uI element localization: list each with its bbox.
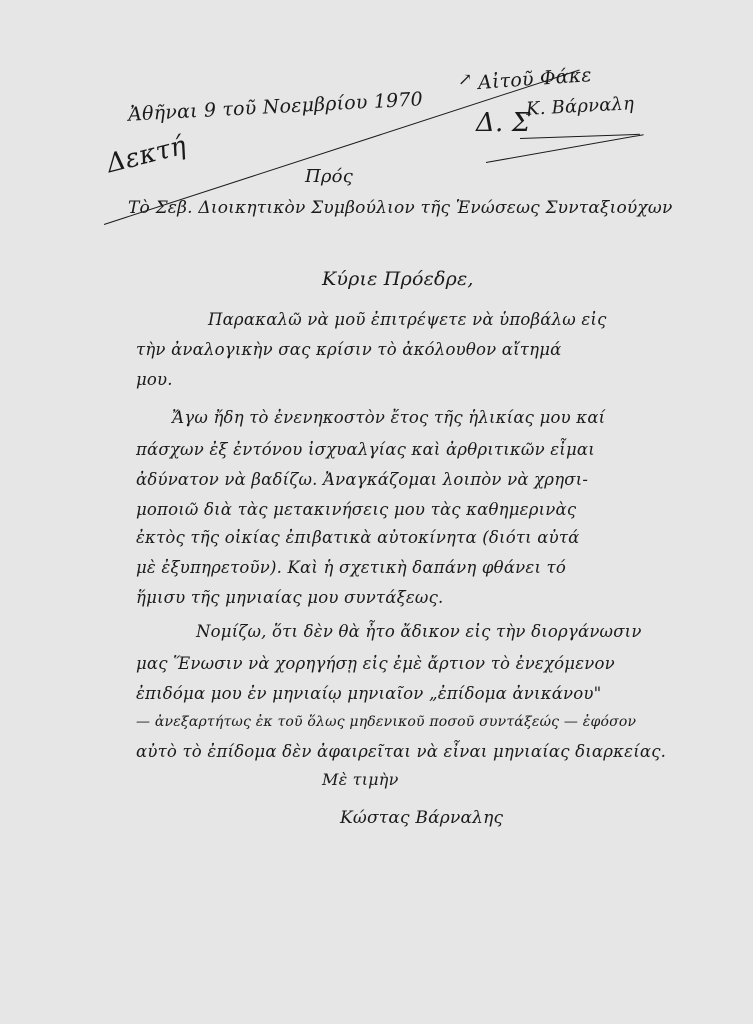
top-right-initials: Δ. Σ bbox=[476, 108, 531, 138]
top-right-note-line2: Κ. Βάρναλη bbox=[526, 93, 635, 120]
date-line: Ἀθῆναι 9 τοῦ Νοεμβρίου 1970 bbox=[128, 88, 424, 125]
body-line: ἥμισυ τῆς μηνιαίας μου συντάξεως. bbox=[136, 588, 443, 607]
body-line: πάσχων ἐξ ἐντόνου ἰσχυαλγίας καὶ ἀρθριτι… bbox=[136, 440, 595, 459]
top-right-underline-2 bbox=[486, 134, 644, 163]
body-line: μου. bbox=[136, 370, 173, 389]
body-line: ἐκτὸς τῆς οἰκίας ἐπιβατικὰ αὐτοκίνητα (δ… bbox=[136, 528, 580, 547]
addressee-recipient: Τὸ Σεβ. Διοικητικὸν Συμβούλιον τῆς Ἑνώσε… bbox=[128, 198, 673, 218]
closing: Μὲ τιμὴν bbox=[322, 770, 399, 789]
body-line: — ἀνεξαρτήτως ἐκ τοῦ ὅλως μηδενικοῦ ποσο… bbox=[136, 714, 636, 730]
body-line: μας Ἕνωσιν νὰ χορηγήσῃ εἰς ἐμὲ ἄρτιον τὸ… bbox=[136, 654, 615, 673]
body-line: ἀδύνατον νὰ βαδίζω. Ἀναγκάζομαι λοιπὸν ν… bbox=[136, 470, 588, 489]
salutation: Κύριε Πρόεδρε, bbox=[322, 268, 474, 290]
body-line: μὲ ἐξυπηρετοῦν). Καὶ ἡ σχετικὴ δαπάνη φθ… bbox=[136, 558, 566, 577]
body-line: Ἄγω ἤδη τὸ ἐνενηκοστὸν ἔτος τῆς ἡλικίας … bbox=[172, 408, 605, 427]
addressee-preposition: Πρός bbox=[305, 166, 353, 187]
body-line: μοποιῶ διὰ τὰς μετακινήσεις μου τὰς καθη… bbox=[136, 500, 576, 519]
body-line: Νομίζω, ὅτι δὲν θὰ ἦτο ἄδικον εἰς τὴν δι… bbox=[196, 622, 642, 641]
body-line: αὐτὸ τὸ ἐπίδομα δὲν ἀφαιρεῖται νὰ εἶναι … bbox=[136, 742, 666, 761]
body-line: ἐπιδόμα μου ἐν μηνιαίῳ μηνιαῖον „ἐπίδομα… bbox=[136, 684, 601, 703]
top-right-note-line1: Αἰτοῦ Φάκε bbox=[477, 64, 592, 94]
margin-annotation: Δεκτή bbox=[104, 131, 190, 180]
body-line: Παρακαλῶ νὰ μοῦ ἐπιτρέψετε νὰ ὑποβάλω εἰ… bbox=[208, 310, 607, 329]
letter-page: Ἀθῆναι 9 τοῦ Νοεμβρίου 1970 Δεκτή ↗ Αἰτο… bbox=[0, 0, 753, 1024]
arrow-icon: ↗ bbox=[458, 70, 472, 90]
body-line: τὴν ἀναλογικὴν σας κρίσιν τὸ ἀκόλουθον α… bbox=[136, 340, 561, 359]
signature: Κώστας Βάρναλης bbox=[340, 808, 503, 828]
